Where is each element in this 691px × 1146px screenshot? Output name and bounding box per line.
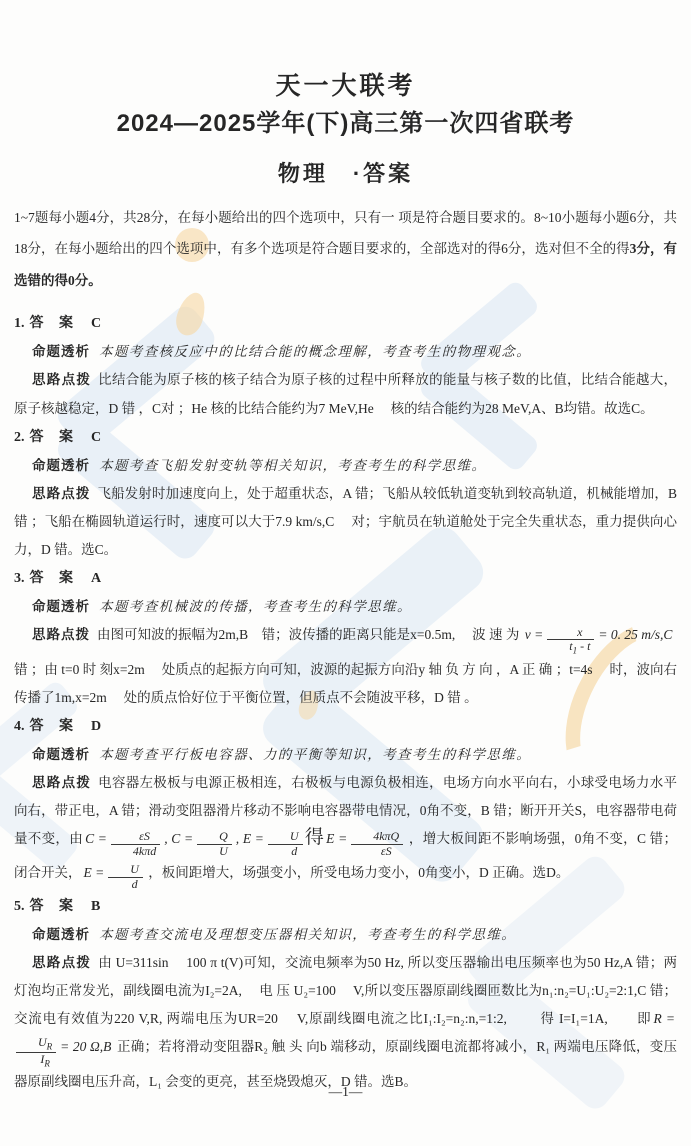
fraction: Ud	[266, 830, 305, 859]
question-number: 2.	[14, 430, 25, 445]
analysis-text: 本题考查平行板电容器、力的平衡等知识，考查考生的科学思维。	[99, 747, 531, 762]
hint-paragraph: 思路点拨由图可知波的振幅为2m,B 错；波传播的距离只能是x=0.5m, 波 速…	[14, 621, 677, 712]
analysis-paragraph: 命题透析本题考查机械波的传播，考查考生的科学思维。	[14, 593, 677, 621]
analysis-label: 命题透析	[32, 927, 90, 942]
subject-answer-heading: 物理 ·答案	[14, 157, 677, 188]
answer-item-2: 2.答 案C 命题透析本题考查飞船发射变轨等相关知识，考查考生的科学思维。 思路…	[14, 424, 677, 564]
answer-value: C	[91, 316, 101, 331]
fraction: εS4kπd	[109, 830, 162, 859]
hint-text: 电容器左极板与电源正极相连，右极板与电源负极相连，电场方向水平向右，小球受电场力…	[14, 775, 677, 879]
analysis-paragraph: 命题透析本题考查交流电及理想变压器相关知识，考查考生的科学思维。	[14, 921, 677, 949]
answer-label: 答 案	[30, 430, 80, 445]
hint-paragraph: 思路点拨比结合能为原子核的核子结合为原子核的过程中所释放的能量与核子数的比值，比…	[14, 366, 677, 422]
fraction: xt1 - t	[545, 626, 596, 657]
hint-paragraph: 思路点拨由 U=311sin 100 π t(V)可知，交流电频率为50 Hz,…	[14, 949, 677, 1096]
analysis-label: 命题透析	[32, 344, 90, 359]
hint-text: 由 U=311sin 100 π t(V)可知，交流电频率为50 Hz, 所以变…	[14, 955, 677, 1089]
analysis-label: 命题透析	[32, 599, 90, 614]
answer-value: D	[91, 719, 101, 734]
question-number: 5.	[14, 899, 25, 914]
hint-text: 比结合能为原子核的核子结合为原子核的过程中所释放的能量与核子数的比值，比结合能越…	[14, 372, 677, 415]
analysis-paragraph: 命题透析本题考查平行板电容器、力的平衡等知识，考查考生的科学思维。	[14, 741, 677, 769]
hint-text: 由图可知波的振幅为2m,B 错；波传播的距离只能是x=0.5m, 波 速 为 v…	[14, 627, 688, 705]
document-subtitle: 2024—2025学年(下)高三第一次四省联考	[14, 108, 677, 139]
answer-item-4: 4.答 案D 命题透析本题考查平行板电容器、力的平衡等知识，考查考生的科学思维。…	[14, 713, 677, 892]
answer-value: A	[91, 571, 101, 586]
hint-label: 思路点拨	[32, 486, 90, 501]
answer-line: 5.答 案B	[14, 893, 677, 921]
hint-label: 思路点拨	[32, 627, 90, 642]
hint-paragraph: 思路点拨飞船发射时加速度向上，处于超重状态，A 错；飞船从较低轨道变轨到较高轨道…	[14, 480, 677, 564]
hint-label: 思路点拨	[32, 955, 91, 970]
answer-line: 2.答 案C	[14, 424, 677, 452]
answer-item-5: 5.答 案B 命题透析本题考查交流电及理想变压器相关知识，考查考生的科学思维。 …	[14, 893, 677, 1097]
answer-value: C	[91, 430, 101, 445]
analysis-label: 命题透析	[32, 747, 90, 762]
answer-line: 3.答 案A	[14, 565, 677, 593]
answer-label: 答 案	[30, 899, 80, 914]
answer-line: 4.答 案D	[14, 713, 677, 741]
answer-label: 答 案	[30, 571, 80, 586]
fraction: QU	[195, 830, 234, 859]
hint-paragraph: 思路点拨电容器左极板与电源正极相连，右极板与电源负极相连，电场方向水平向右，小球…	[14, 769, 677, 892]
page: 天一大联考 2024—2025学年(下)高三第一次四省联考 物理 ·答案 1~7…	[0, 0, 691, 1096]
analysis-label: 命题透析	[32, 458, 90, 473]
page-number: —1—	[0, 1084, 691, 1100]
fraction: Ud	[106, 863, 145, 892]
fraction: URIR	[14, 1036, 58, 1068]
analysis-paragraph: 命题透析本题考查飞船发射变轨等相关知识，考查考生的科学思维。	[14, 452, 677, 480]
answer-label: 答 案	[30, 719, 80, 734]
answer-item-3: 3.答 案A 命题透析本题考查机械波的传播，考查考生的科学思维。 思路点拨由图可…	[14, 565, 677, 712]
fraction: 4kπQεS	[349, 830, 405, 859]
question-number: 4.	[14, 719, 25, 734]
document-title: 天一大联考	[14, 70, 677, 103]
hint-text: 飞船发射时加速度向上，处于超重状态，A 错；飞船从较低轨道变轨到较高轨道，机械能…	[14, 486, 677, 557]
question-number: 3.	[14, 571, 25, 586]
analysis-paragraph: 命题透析本题考查核反应中的比结合能的概念理解，考查考生的物理观念。	[14, 338, 677, 366]
answer-item-1: 1.答 案C 命题透析本题考查核反应中的比结合能的概念理解，考查考生的物理观念。…	[14, 310, 677, 422]
answer-line: 1.答 案C	[14, 310, 677, 338]
answer-label: 答 案	[30, 316, 80, 331]
document-header: 天一大联考 2024—2025学年(下)高三第一次四省联考 物理 ·答案	[14, 0, 677, 188]
scoring-instructions: 1~7题每小题4分，共28分，在每小题给出的四个选项中，只有一 项是符合题目要求…	[14, 202, 677, 297]
scoring-instructions-text: 1~7题每小题4分，共28分，在每小题给出的四个选项中，只有一 项是符合题目要求…	[14, 210, 677, 257]
hint-label: 思路点拨	[32, 775, 91, 790]
analysis-text: 本题考查交流电及理想变压器相关知识，考查考生的科学思维。	[99, 927, 516, 942]
question-number: 1.	[14, 316, 25, 331]
answer-value: B	[91, 899, 100, 914]
analysis-text: 本题考查飞船发射变轨等相关知识，考查考生的科学思维。	[99, 458, 486, 473]
analysis-text: 本题考查核反应中的比结合能的概念理解，考查考生的物理观念。	[99, 344, 531, 359]
analysis-text: 本题考查机械波的传播，考查考生的科学思维。	[99, 599, 412, 614]
hint-label: 思路点拨	[32, 372, 91, 387]
